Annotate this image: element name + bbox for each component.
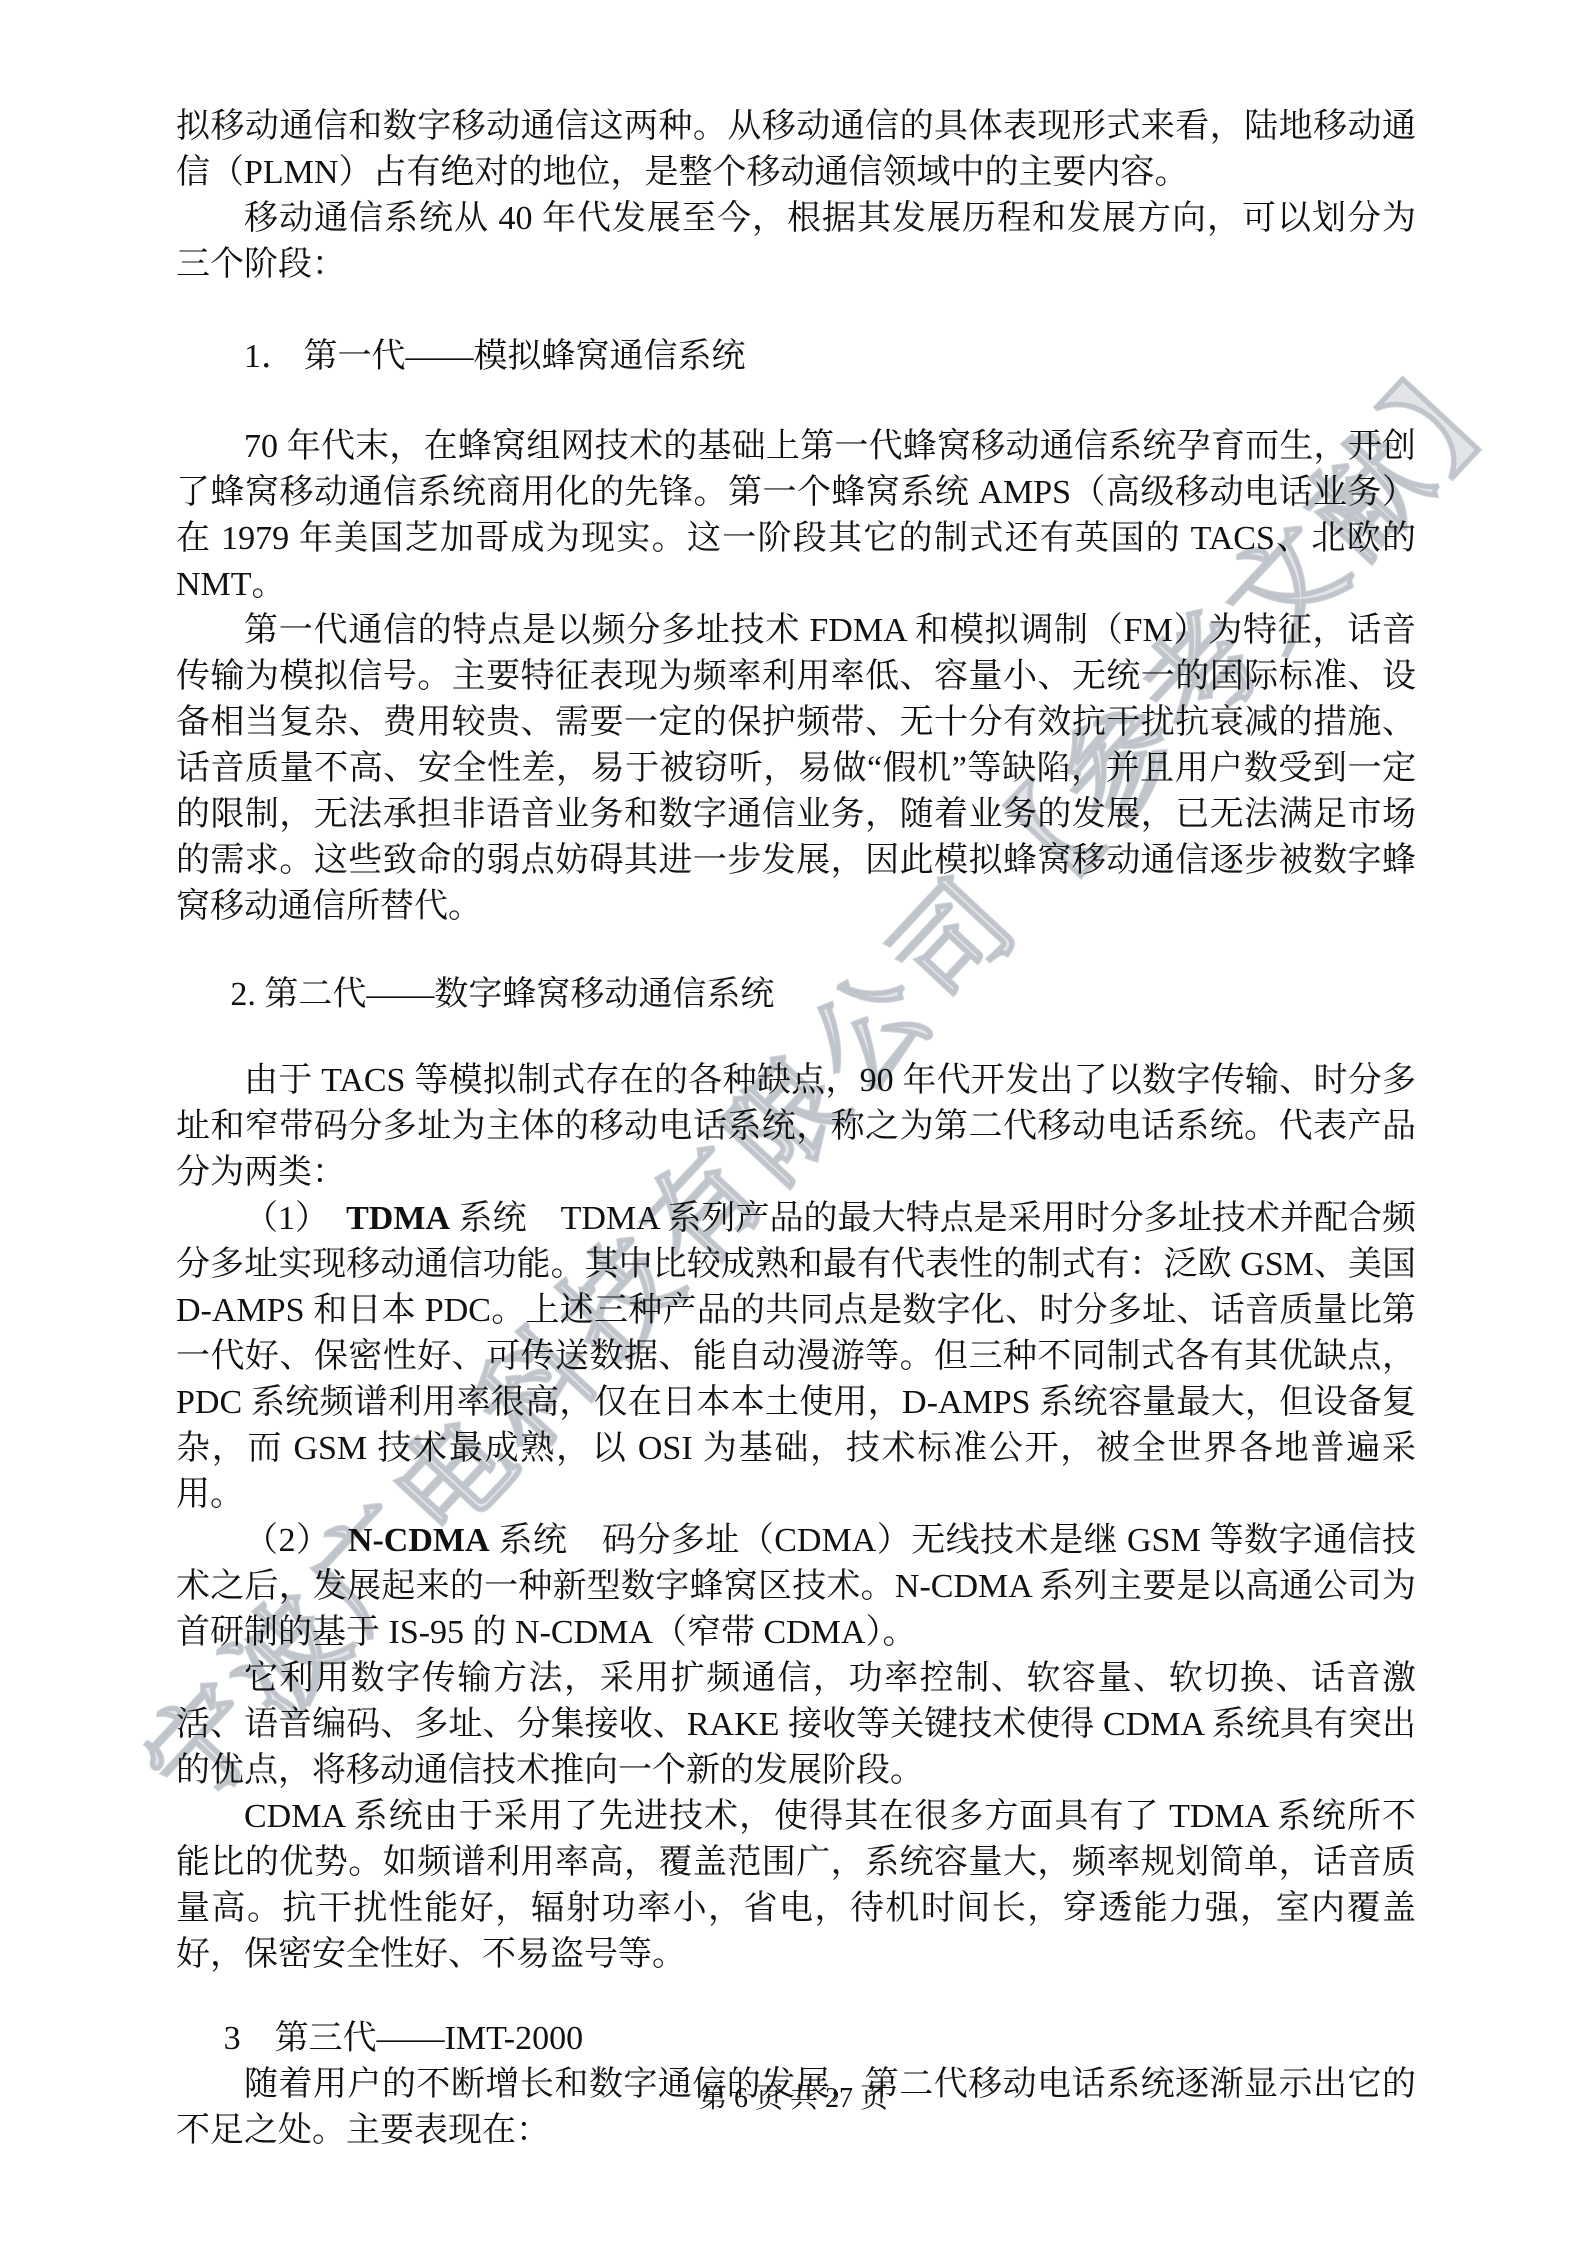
tdma-paragraph-text: 系统 TDMA 系列产品的最大特点是采用时分多址技术并配合频分多址实现移动通信功… (176, 1200, 1416, 1513)
tdma-term: TDMA (346, 1200, 450, 1237)
page-number-footer: 第 6 页 共 27 页 (0, 2076, 1587, 2116)
paragraph-cdma-techniques: 它利用数字传输方法，采用扩频通信，功率控制、软容量、软切换、话音激活、语音编码、… (176, 1656, 1416, 1794)
ncdma-term: N-CDMA (348, 1522, 490, 1559)
paragraph-2g-intro: 由于 TACS 等模拟制式存在的各种缺点，90 年代开发出了以数字传输、时分多址… (176, 1058, 1416, 1196)
paragraph-ncdma-system: （2） N-CDMA 系统 码分多址（CDMA）无线技术是继 GSM 等数字通信… (176, 1518, 1416, 1656)
document-page: 宁波广电科技有限公司【参考文献】 拟移动通信和数字移动通信这两种。从移动通信的具… (0, 0, 1587, 2245)
paragraph-1g-history: 70 年代末，在蜂窝组网技术的基础上第一代蜂窝移动通信系统孕育而生，开创了蜂窝移… (176, 424, 1416, 608)
section-heading-second-generation: 2. 第二代——数字蜂窝移动通信系统 (176, 972, 1416, 1018)
document-content: 拟移动通信和数字移动通信这两种。从移动通信的具体表现形式来看，陆地移动通信（PL… (176, 104, 1416, 2154)
paragraph-cdma-advantages: CDMA 系统由于采用了先进技术，使得其在很多方面具有了 TDMA 系统所不能比… (176, 1794, 1416, 1978)
section-heading-first-generation: 1． 第一代——模拟蜂窝通信系统 (176, 334, 1416, 380)
paragraph-1g-characteristics: 第一代通信的特点是以频分多址技术 FDMA 和模拟调制（FM）为特征，话音传输为… (176, 608, 1416, 930)
section-heading-third-generation: 3 第三代——IMT-2000 (176, 2016, 1416, 2062)
paragraph-three-stages: 移动通信系统从 40 年代发展至今，根据其发展历程和发展方向，可以划分为三个阶段… (176, 196, 1416, 288)
list-marker-1: （1） (244, 1200, 346, 1237)
paragraph-intro-continuation: 拟移动通信和数字移动通信这两种。从移动通信的具体表现形式来看，陆地移动通信（PL… (176, 104, 1416, 196)
list-marker-2: （2） (244, 1522, 348, 1559)
paragraph-tdma-system: （1） TDMA 系统 TDMA 系列产品的最大特点是采用时分多址技术并配合频分… (176, 1196, 1416, 1518)
